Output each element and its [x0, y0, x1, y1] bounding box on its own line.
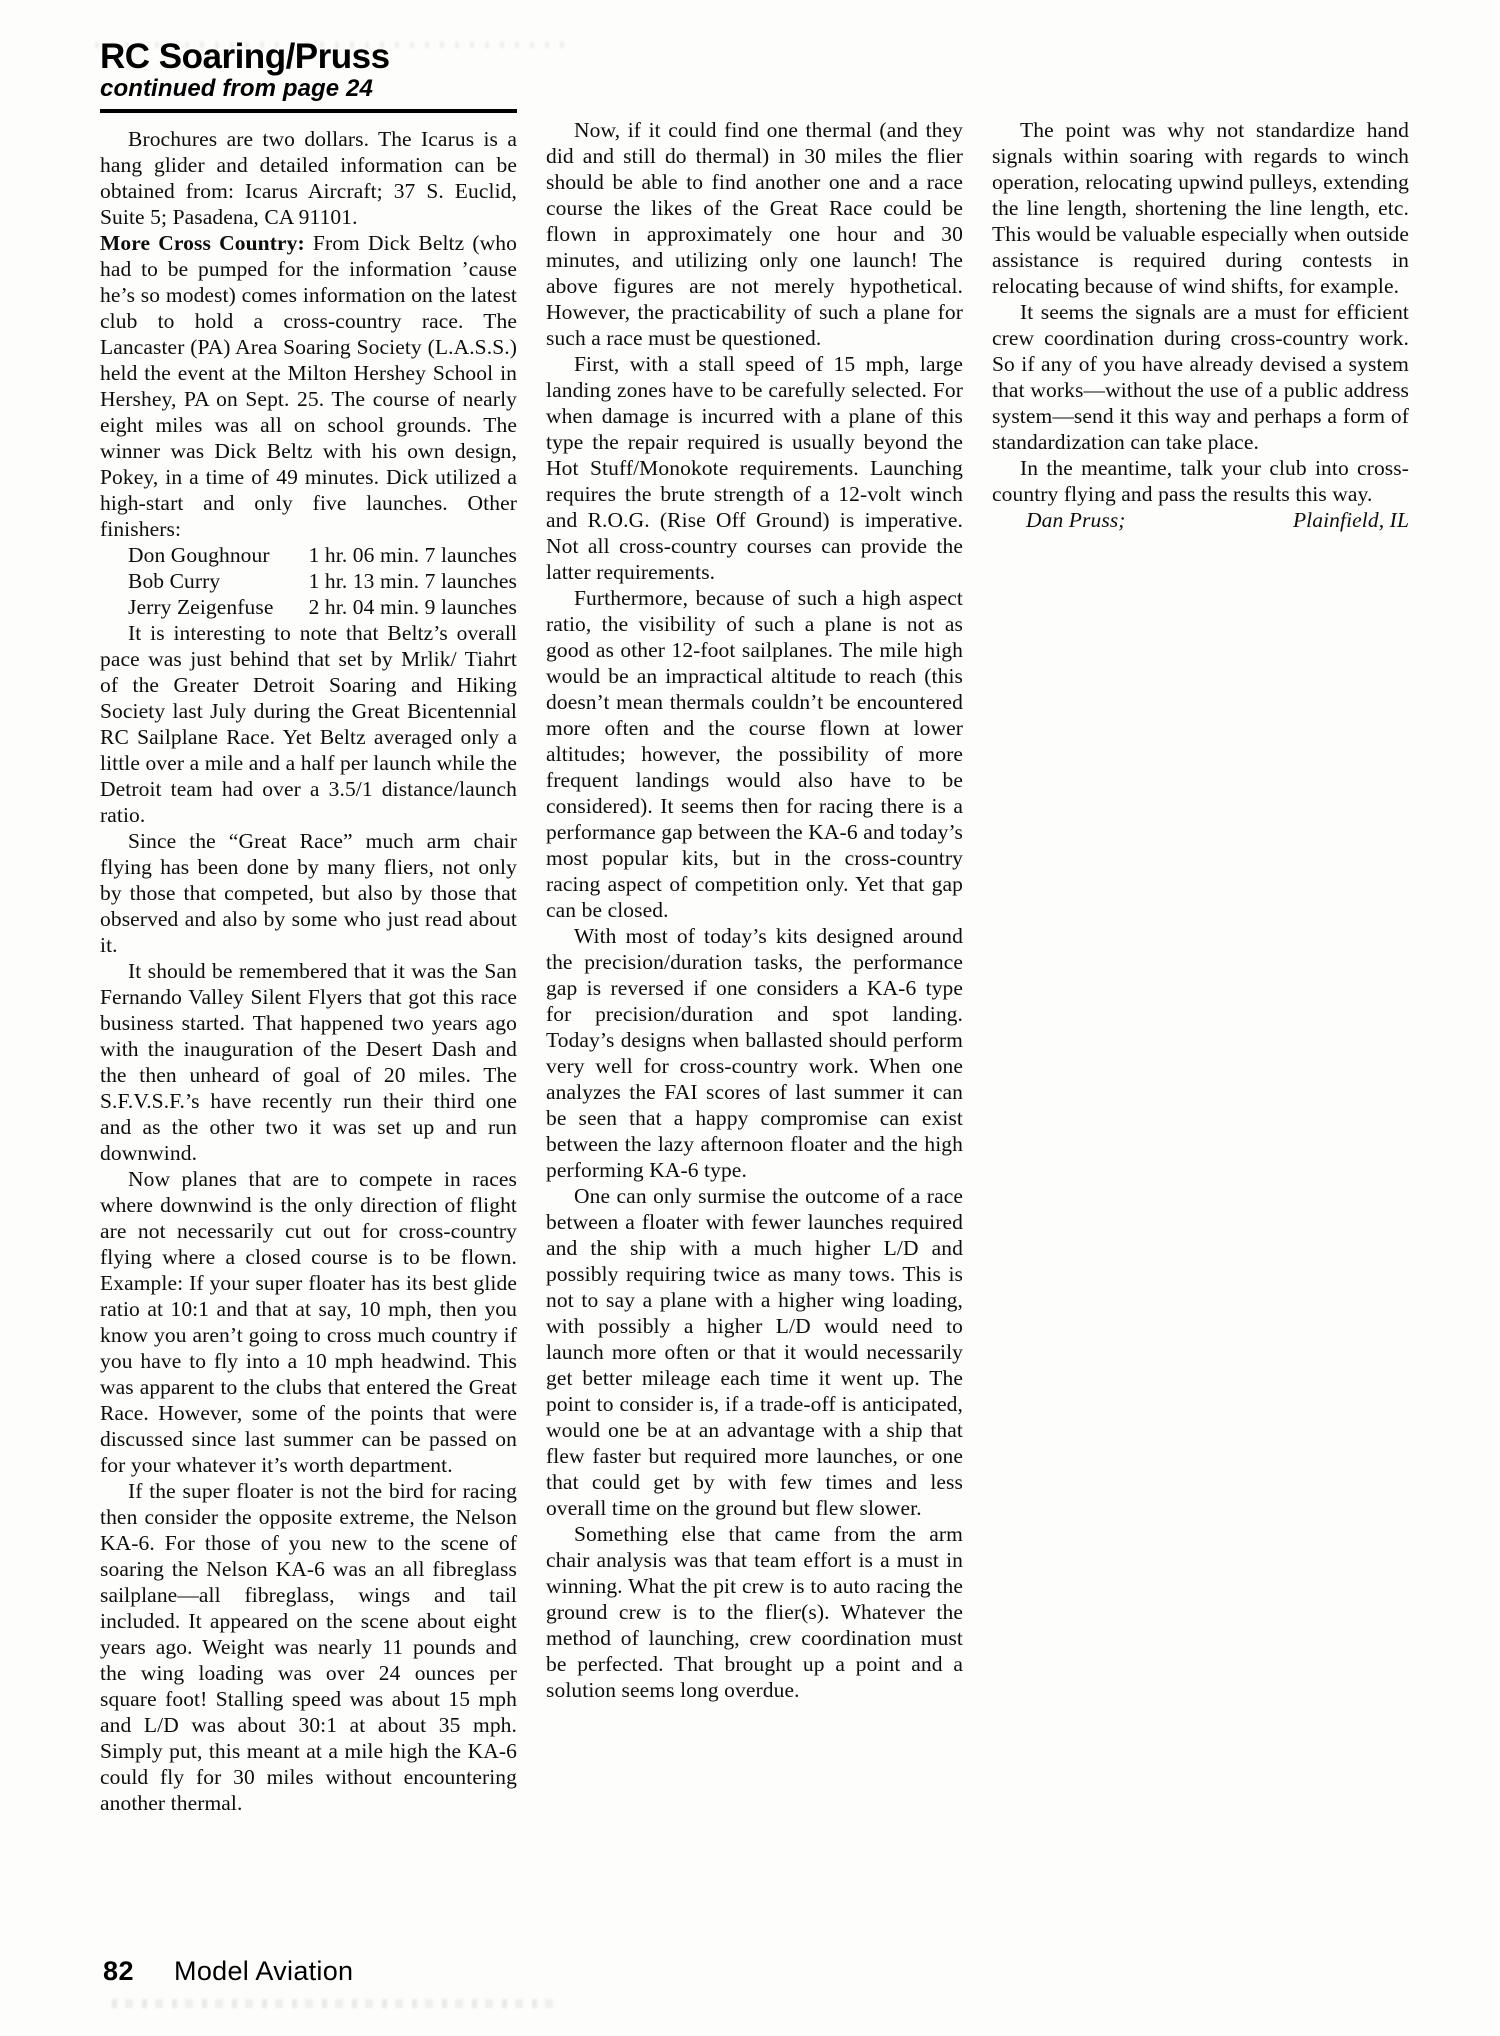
author-location: Plainfield, IL — [1293, 507, 1409, 533]
paragraph: It is interesting to note that Beltz’s o… — [100, 620, 517, 828]
magazine-page: RC Soaring/Pruss continued from page 24 … — [0, 0, 1500, 2036]
article-masthead: RC Soaring/Pruss continued from page 24 — [100, 38, 517, 113]
paragraph: It should be remembered that it was the … — [100, 958, 517, 1166]
finisher-name: Don Goughnour — [128, 542, 270, 568]
article-content: RC Soaring/Pruss continued from page 24 … — [100, 38, 1409, 1816]
column-1: RC Soaring/Pruss continued from page 24 … — [100, 38, 517, 1816]
column-2: Now, if it could find one thermal (and t… — [546, 38, 963, 1816]
magazine-name: Model Aviation — [174, 1956, 353, 1987]
masthead-rule — [100, 109, 517, 113]
paragraph: More Cross Country: From Dick Beltz (who… — [100, 230, 517, 542]
page-footer: 82 Model Aviation — [103, 1956, 353, 1987]
paragraph: It seems the signals are a must for effi… — [992, 299, 1409, 455]
scan-noise-bottom — [112, 1999, 562, 2008]
paragraph: Brochures are two dollars. The Icarus is… — [100, 126, 517, 230]
paragraph-text: From Dick Beltz (who had to be pumped fo… — [100, 231, 517, 541]
finisher-name: Jerry Zeigenfuse — [128, 594, 273, 620]
paragraph: Now, if it could find one thermal (and t… — [546, 117, 963, 351]
finisher-name: Bob Curry — [128, 568, 220, 594]
paragraph: Now planes that are to compete in races … — [100, 1166, 517, 1478]
continued-from-note: continued from page 24 — [100, 76, 517, 102]
race-result-row: Don Goughnour 1 hr. 06 min. 7 launches — [100, 542, 517, 568]
article-title: RC Soaring/Pruss — [100, 38, 517, 76]
finisher-result: 1 hr. 06 min. 7 launches — [309, 542, 517, 568]
signature-row: Dan Pruss; Plainfield, IL — [992, 507, 1409, 533]
paragraph: First, with a stall speed of 15 mph, lar… — [546, 351, 963, 585]
paragraph: One can only surmise the outcome of a ra… — [546, 1183, 963, 1521]
paragraph: With most of today’s kits designed aroun… — [546, 923, 963, 1183]
paragraph: In the meantime, talk your club into cro… — [992, 455, 1409, 507]
paragraph: Furthermore, because of such a high aspe… — [546, 585, 963, 923]
page-number: 82 — [103, 1956, 134, 1987]
paragraph: The point was why not standardize hand s… — [992, 117, 1409, 299]
finisher-result: 1 hr. 13 min. 7 launches — [309, 568, 517, 594]
column-3: The point was why not standardize hand s… — [992, 38, 1409, 1816]
race-result-row: Bob Curry 1 hr. 13 min. 7 launches — [100, 568, 517, 594]
paragraph: If the super floater is not the bird for… — [100, 1478, 517, 1816]
paragraph: Since the “Great Race” much arm chair fl… — [100, 828, 517, 958]
finisher-result: 2 hr. 04 min. 9 launches — [309, 594, 517, 620]
author-signature: Dan Pruss; — [1026, 507, 1126, 533]
paragraph: Something else that came from the arm ch… — [546, 1521, 963, 1703]
race-result-row: Jerry Zeigenfuse 2 hr. 04 min. 9 launche… — [100, 594, 517, 620]
paragraph-lead-in: More Cross Country: — [100, 231, 305, 255]
